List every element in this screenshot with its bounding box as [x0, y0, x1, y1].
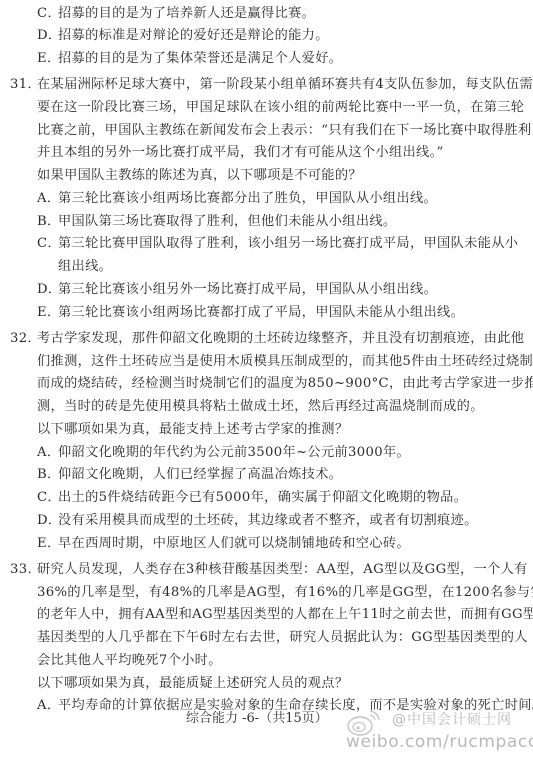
question-prompt: 以下哪项如果为真，最能质疑上述研究人员的观点？ [0, 673, 533, 695]
option-a: A． 仰韶文化晚期的年代约为公元前3500年~公元前3000年。 [0, 442, 533, 464]
question-stem-line: 们推测，这件土坯砖应当是使用木质模具压制成型的，而其他5件由土坯砖经过烧制 [0, 351, 533, 373]
question-stem-line: 36%的几率是型，有48%的几率是AG型，有16%的几率是GG型，在1200名参… [0, 582, 533, 604]
option-text: 招募的目的是为了集体荣誉还是满足个人爱好。 [58, 48, 342, 70]
question-stem-line: 33． 研究人员发现，人类存在3种核苷酸基因类型：AA型，AG型以及GG型，一个… [0, 559, 533, 581]
option-c-continuation: 组出线。 [0, 256, 533, 278]
option-d: D． 没有采用模具而成型的土坯砖，其边缘或者不整齐，或者有切割痕迹。 [0, 510, 533, 532]
option-label: A． [37, 188, 60, 210]
question-stem-line: 而成的烧结砖，经检测当时烧制它们的温度为850~900°C，由此考古学家进一步推 [0, 373, 533, 395]
option-text: 没有采用模具而成型的土坯砖，其边缘或者不整齐，或者有切割痕迹。 [58, 510, 478, 532]
option-label: A． [37, 695, 60, 717]
option-text: 早在西周时期，中原地区人们就可以烧制铺地砖和空心砖。 [58, 533, 410, 555]
option-e: E． 早在西周时期，中原地区人们就可以烧制铺地砖和空心砖。 [0, 533, 533, 555]
option-text: 出土的5件烧结砖距今已有5000年，确实属于仰韶文化晚期的物品。 [58, 487, 467, 509]
weibo-watermark: @中国会计硕士网 weibo.com/rucmpacc [346, 705, 531, 755]
option-label: A． [37, 442, 60, 464]
option-text: 甲国队第三场比赛取得了胜利，但他们未能从小组出线。 [58, 211, 396, 233]
question-prompt: 如果甲国队主教练的陈述为真，以下哪项是不可能的？ [0, 165, 533, 187]
option-label: E． [37, 302, 61, 324]
option-label: E． [37, 48, 61, 70]
option-e: E． 第三轮比赛该小组两场比赛都打成了平局，甲国队未能从小组出线。 [0, 302, 533, 324]
option-d: D． 招募的标准是对辩论的爱好还是辩论的能力。 [0, 25, 533, 47]
option-text: 招募的目的是为了培养新人还是赢得比赛。 [58, 3, 315, 25]
page-footer: 综合能力 -6-（共15页） [186, 709, 328, 729]
option-text: 第三轮比赛甲国队取得了胜利，该小组另一场比赛打成平局，甲国队未能从小 [58, 233, 518, 255]
question-stem-line: 并且本组的另外一场比赛打成平局，我们才有可能从这个小组出线。” [0, 142, 533, 164]
question-stem-line: 基因类型的人几乎都在下午6时左右去世，研究人员据此认为：GG型基因类型的人 [0, 627, 533, 649]
exam-page: C． 招募的目的是为了培养新人还是赢得比赛。 D． 招募的标准是对辩论的爱好还是… [0, 0, 533, 758]
option-text: 第三轮比赛该小组另外一场比赛打成平局，甲国队从小组出线。 [58, 279, 437, 301]
question-stem-line: 的老年人中，拥有AA型和AG型基因类型的人都在上午11时之前去世，而拥有GG型 [0, 604, 533, 626]
question-prompt: 以下哪项如果为真，最能支持上述考古学家的推测？ [0, 419, 533, 441]
watermark-handle: @中国会计硕士网 [392, 711, 512, 729]
option-d: D． 第三轮比赛该小组另外一场比赛打成平局，甲国队从小组出线。 [0, 279, 533, 301]
option-c: C． 第三轮比赛甲国队取得了胜利，该小组另一场比赛打成平局，甲国队未能从小 [0, 233, 533, 255]
option-label: E． [37, 533, 61, 555]
option-text: 第三轮比赛该小组两场比赛都分出了胜负，甲国队从小组出线。 [58, 188, 437, 210]
option-c: C． 招募的目的是为了培养新人还是赢得比赛。 [0, 3, 533, 25]
option-text: 仰韶文化晚期的年代约为公元前3500年~公元前3000年。 [58, 442, 410, 464]
question-stem-line: 测，当时的砖是先使用模具将粘土做成土坯，然后再经过高温烧制而成的。 [0, 396, 533, 418]
option-a: A． 第三轮比赛该小组两场比赛都分出了胜负，甲国队从小组出线。 [0, 188, 533, 210]
question-stem-line: 比赛之前，甲国队主教练在新闻发布会上表示：“只有我们在下一场比赛中取得胜利 [0, 120, 533, 142]
option-e: E． 招募的目的是为了集体荣誉还是满足个人爱好。 [0, 48, 533, 70]
option-text: 仰韶文化晚期，人们已经掌握了高温冶炼技术。 [58, 464, 342, 486]
option-text: 招募的标准是对辩论的爱好还是辩论的能力。 [58, 25, 329, 47]
option-text: 第三轮比赛该小组两场比赛都打成了平局，甲国队未能从小组出线。 [58, 302, 464, 324]
watermark-url: weibo.com/rucmpacc [346, 732, 533, 752]
option-b: B． 甲国队第三场比赛取得了胜利，但他们未能从小组出线。 [0, 211, 533, 233]
question-stem-line: 要在这一阶段比赛三场，甲国足球队在该小组的前两轮比赛中一平一负，在第三轮 [0, 97, 533, 119]
option-c: C． 出土的5件烧结砖距今已有5000年，确实属于仰韶文化晚期的物品。 [0, 487, 533, 509]
question-stem-line: 31． 在某届洲际杯足球大赛中，第一阶段某小组单循环赛共有4支队伍参加，每支队伍… [0, 74, 533, 96]
question-stem-line: 32． 考古学家发现，那件仰韶文化晚期的土坯砖边缘整齐，并且没有切割痕迹，由此他 [0, 328, 533, 350]
question-stem-line: 会比其他人平均晚死7个小时。 [0, 650, 533, 672]
option-b: B． 仰韶文化晚期，人们已经掌握了高温冶炼技术。 [0, 464, 533, 486]
